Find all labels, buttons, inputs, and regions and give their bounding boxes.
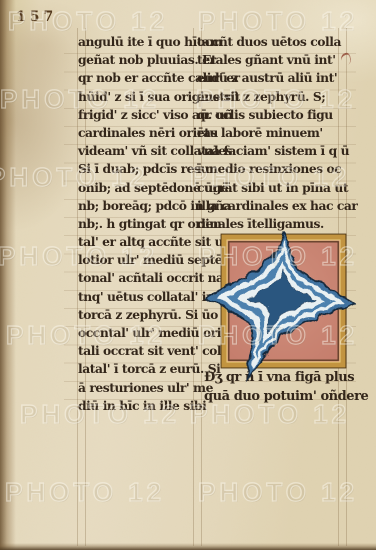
page-bottom-edge <box>0 543 376 550</box>
text-line: tnq' uētus collatal' int' <box>78 288 194 306</box>
text-line: nb; boreāq; pdcō in gña <box>78 197 194 215</box>
text-line: occñt duos uētos colla <box>197 33 343 51</box>
text-line: tal' er altq accñte sit ue <box>78 233 194 251</box>
text-line: geñat nob pluuias. Et <box>78 51 194 69</box>
text-line: ī medio resinxiones oc <box>197 160 343 178</box>
text-line: torcā z zephyrū. Si ūo <box>78 306 194 324</box>
text-line: illa cardinales ex hac car <box>197 197 343 215</box>
text-line: eurū z austrū aliū int' <box>197 69 343 87</box>
page-left-edge <box>0 0 16 550</box>
text-line: occntal' ulr' mediū oriē <box>78 324 194 342</box>
right-text-column: occñt duos uētos collaterales gñant vnū … <box>197 33 343 233</box>
text-line: Si ī duab; pdcīs resur <box>78 160 194 178</box>
left-text-column: angulū ite ī quo hītamgeñat nob pluuias.… <box>78 33 194 415</box>
manuscript-photo: { "colors": { "parchment": "#e3d7ba", "i… <box>0 0 376 550</box>
text-line: tali occrat sit vent' col <box>78 342 194 360</box>
text-line: terales gñant vnū int' <box>197 51 343 69</box>
text-line: angulū ite ī quo hītam <box>78 33 194 51</box>
text-line: ā resturiones ulr' me <box>78 379 194 397</box>
text-line: ras laborē minuem' <box>197 124 343 142</box>
text-line: hūid' z si ī sua origine sit <box>78 88 194 106</box>
text-line: cardinales nēri oriētu <box>78 124 194 142</box>
text-line: austrū z zephyrū. S; <box>197 88 343 106</box>
text-line: lotior ulr' mediū septē <box>78 251 194 269</box>
text-line: qr oclis subiecto figu <box>197 106 343 124</box>
text-line: vnā faciam' sistem ī q ū <box>197 142 343 160</box>
text-line: nb;. h gtingat qr orien <box>78 215 194 233</box>
text-line: onib; ad septēdonē ūgē <box>78 179 194 197</box>
text-line: videam' vñ sit collatales <box>78 142 194 160</box>
text-line: qr nob er accñte calid' er <box>78 69 194 87</box>
text-line: diū in hīc in ille sibi <box>78 397 194 415</box>
text-line: latal' ī torcā z eurū. Si <box>78 360 194 378</box>
folio-number: 157 <box>16 9 57 25</box>
text-line: tonal' acñtali occrit na <box>78 269 194 287</box>
text-line: currāt sibi ut in pīna ut <box>197 179 343 197</box>
wind-rose-star-diagram <box>195 218 376 396</box>
text-line: frigid' z sicc' viso aū. uñ <box>78 106 194 124</box>
